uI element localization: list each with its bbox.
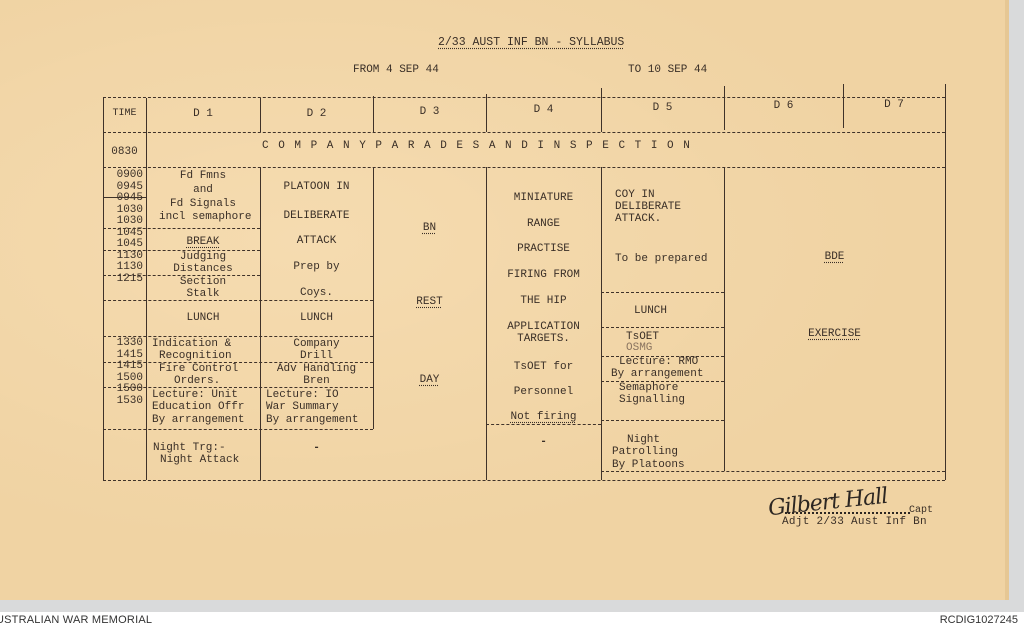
d1-recognition: Recognition xyxy=(159,350,232,362)
from-date: FROM 4 SEP 44 xyxy=(353,64,439,76)
d5-night: Night xyxy=(627,434,660,446)
d1-break: BREAK xyxy=(146,236,260,248)
d4-miniature: MINIATURE xyxy=(486,192,601,204)
table-border-top xyxy=(103,97,945,98)
d2-drill: Drill xyxy=(260,350,373,362)
header-d1: D 1 xyxy=(146,108,260,120)
header-d2: D 2 xyxy=(260,108,373,120)
archive-footer: USTRALIAN WAR MEMORIAL RCDIG1027245 xyxy=(0,612,1024,631)
table-border-bottom xyxy=(103,480,945,481)
table-border-right xyxy=(945,84,946,480)
d4-personnel: Personnel xyxy=(486,386,601,398)
d2-coys: Coys. xyxy=(260,287,373,299)
d2-platoon-in: PLATOON IN xyxy=(260,181,373,193)
d5-coy-in: COY IN xyxy=(615,189,655,201)
am-bottom-d1-d2 xyxy=(103,300,373,301)
header-time: TIME xyxy=(103,108,146,120)
d3-bn: BN xyxy=(373,222,486,234)
document-title: 2/33 AUST INF BN - SYLLABUS xyxy=(438,36,624,49)
time-slot-start: 0945 xyxy=(103,193,146,205)
d4-not-firing: Not firing xyxy=(486,411,601,423)
header-d4: D 4 xyxy=(486,104,601,116)
d5-lunch: LUNCH xyxy=(634,305,667,317)
d1-lunch: LUNCH xyxy=(146,312,260,324)
d4-practise: PRACTISE xyxy=(486,243,601,255)
time-slot-start: 1130 xyxy=(103,262,146,274)
d2-adv-handling: Adv Handling xyxy=(260,363,373,375)
signature-dotted-line xyxy=(785,512,910,514)
time-column-pm: 1330 1415 1415 1500 1500 1530 xyxy=(103,338,146,407)
pm-bottom xyxy=(103,429,373,430)
d4-application: APPLICATION xyxy=(486,321,601,333)
d5-patrolling: Patrolling xyxy=(612,446,678,458)
d2-attack: ATTACK xyxy=(260,235,373,247)
d4-line xyxy=(486,424,601,425)
time-slot-end: 1215 xyxy=(103,274,146,286)
d1-incl-semaphore: incl semaphore xyxy=(159,211,251,223)
d5-to-be-prepared: To be prepared xyxy=(615,253,707,265)
d3-rest: REST xyxy=(373,296,486,308)
time-slot-start: 1415 xyxy=(103,361,146,373)
header-d5: D 5 xyxy=(601,102,724,114)
signature-rank: Capt xyxy=(909,505,933,516)
d1-by-arrangement: By arrangement xyxy=(152,414,244,426)
time-column: 0900 0945 0945 1030 1030 1045 1045 1130 … xyxy=(103,170,146,285)
header-row-bottom xyxy=(103,132,945,133)
time-slot-start: 1030 xyxy=(103,216,146,228)
d2-lecture-io: Lecture: IO xyxy=(266,389,339,401)
header-d7: D 7 xyxy=(843,99,945,111)
d1-judging: Judging xyxy=(146,251,260,263)
lunch-bottom-d1-d2 xyxy=(103,336,373,337)
d5-by-arrangement: By arrangement xyxy=(611,368,703,380)
company-parades-banner: C O M P A N Y P A R A D E S A N D I N S … xyxy=(262,140,691,152)
d2-deliberate: DELIBERATE xyxy=(260,210,373,222)
d5-by-platoons: By Platoons xyxy=(612,459,685,471)
d1-night-trg: Night Trg:- xyxy=(153,442,226,454)
d5-am-bottom xyxy=(601,292,724,293)
col-divider-d4 xyxy=(601,167,602,480)
d4-range: RANGE xyxy=(486,218,601,230)
row-0830-bottom xyxy=(103,167,945,168)
time-slot-start: 1330 xyxy=(103,338,146,350)
d1-and: and xyxy=(146,184,260,196)
header-d3: D 3 xyxy=(373,106,486,118)
record-id: RCDIG1027245 xyxy=(940,614,1018,626)
d5-lecture-rmo: Lecture: RMO xyxy=(619,356,698,368)
d1-lecture-unit: Lecture: Unit xyxy=(152,389,238,401)
d1-distances: Distances xyxy=(146,263,260,275)
d5-deliberate: DELIBERATE xyxy=(615,201,681,213)
d6-d7-bde: BDE xyxy=(724,251,945,263)
d4-tsoet-for: TsOET for xyxy=(486,361,601,373)
d1-education-offr: Education Offr xyxy=(152,401,244,413)
time-0830: 0830 xyxy=(103,146,146,158)
paper-edge xyxy=(1005,0,1009,600)
d2-night-dash: - xyxy=(260,442,373,454)
d5-d7-bottom xyxy=(601,471,945,472)
to-date: TO 10 SEP 44 xyxy=(628,64,707,76)
d5-attack: ATTACK. xyxy=(615,213,661,225)
archive-name: USTRALIAN WAR MEMORIAL xyxy=(0,614,152,626)
time-slot-start: 1045 xyxy=(103,239,146,251)
d1-night-attack: Night Attack xyxy=(160,454,239,466)
d4-targets: TARGETS. xyxy=(486,333,601,345)
d2-lunch: LUNCH xyxy=(260,312,373,324)
time-slot-start: 1500 xyxy=(103,384,146,396)
d5-lunch-bottom xyxy=(601,327,724,328)
d1-orders: Orders. xyxy=(174,375,220,387)
d1-indication: Indication & xyxy=(152,338,231,350)
time-slot-start: 0900 xyxy=(103,170,146,182)
d1-fd-fmns: Fd Fmns xyxy=(146,170,260,182)
d1-fd-signals: Fd Signals xyxy=(146,198,260,210)
d5-semaphore: Semaphore xyxy=(619,382,678,394)
d2-war-summary: War Summary xyxy=(266,401,339,413)
d4-the-hip: THE HIP xyxy=(486,295,601,307)
d1-stalk: Stalk xyxy=(146,288,260,300)
d6-d7-exercise: EXERCISE xyxy=(724,328,945,340)
d2-bren: Bren xyxy=(260,375,373,387)
signature-role: Adjt 2/33 Aust Inf Bn xyxy=(782,516,927,528)
d4-firing-from: FIRING FROM xyxy=(486,269,601,281)
col-divider-d5 xyxy=(724,167,725,471)
d5-signalling: Signalling xyxy=(619,394,685,406)
d2-by-arrangement: By arrangement xyxy=(266,414,358,426)
d1-fire-control: Fire Control xyxy=(159,363,238,375)
d4-night-dash: - xyxy=(486,436,601,448)
d1-section: Section xyxy=(146,276,260,288)
d3-day: DAY xyxy=(373,374,486,386)
d5-osmg: OSMG xyxy=(626,342,652,354)
header-d6: D 6 xyxy=(724,100,843,112)
time-slot-end: 1530 xyxy=(103,396,146,408)
d2-prep-by: Prep by xyxy=(260,261,373,273)
d5-pm-bottom xyxy=(601,420,724,421)
d2-company: Company xyxy=(260,338,373,350)
